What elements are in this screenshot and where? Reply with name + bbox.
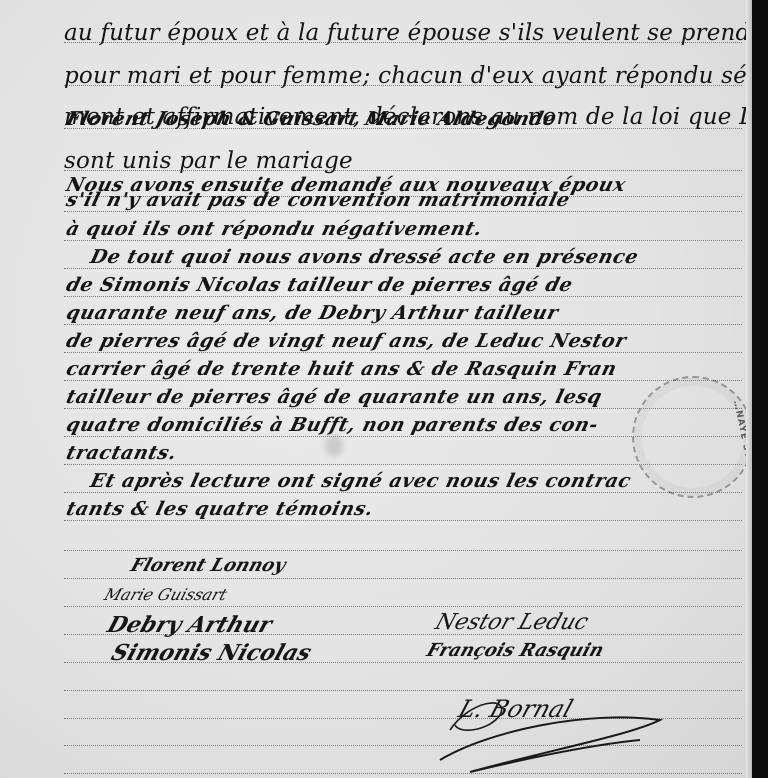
document-page: au futur époux et à la future épouse s'i… (0, 0, 752, 778)
signature-witness-rasquin: François Rasquin (424, 640, 606, 661)
record-line: Et après lecture ont signé avec nous les… (88, 470, 739, 492)
spouse-names-line: Florent Joseph & Guissart Marie Aldegond… (64, 108, 739, 130)
ruled-line (64, 578, 742, 579)
scan-edge-border (752, 0, 768, 778)
ruled-line (64, 492, 742, 493)
ruled-line (64, 380, 742, 381)
signature-witness-debry: Debry Arthur (104, 612, 275, 638)
ruled-line (64, 606, 742, 607)
signature-flourish (430, 690, 670, 778)
ruled-line (64, 268, 742, 269)
record-line: pour mari et pour femme; chacun d'eux ay… (64, 63, 734, 89)
record-line: De tout quoi nous avons dressé acte en p… (88, 246, 739, 268)
record-line: sont unis par le mariage (64, 148, 734, 174)
record-line: de Simonis Nicolas tailleur de pierres â… (64, 274, 739, 296)
record-line: tants & les quatre témoins. (64, 498, 739, 520)
ruled-line (64, 520, 742, 521)
ruled-line (64, 240, 742, 241)
ruled-line (64, 324, 742, 325)
ruled-line (64, 352, 742, 353)
ruled-line (64, 211, 742, 212)
ruled-line (64, 296, 742, 297)
signature-bride: Marie Guissart (102, 585, 230, 604)
signature-witness-leduc: Nestor Leduc (432, 610, 591, 635)
official-seal-stamp: …NAYE ST… (632, 376, 752, 498)
record-line: carrier âgé de trente huit ans & de Rasq… (64, 358, 739, 380)
record-line: de pierres âgé de vingt neuf ans, de Led… (64, 330, 739, 352)
signature-groom: Florent Lonnoy (128, 555, 288, 576)
record-line: tailleur de pierres âgé de quarante un a… (64, 386, 739, 408)
record-line: au futur époux et à la future épouse s'i… (64, 20, 734, 46)
ink-smudge (325, 435, 343, 457)
signature-witness-simonis: Simonis Nicolas (108, 640, 315, 666)
record-line: quarante neuf ans, de Debry Arthur taill… (64, 302, 739, 324)
record-line: à quoi ils ont répondu négativement. (64, 218, 739, 240)
ruled-line (64, 550, 742, 551)
record-line: s'il n'y avait pas de convention matrimo… (64, 189, 739, 211)
